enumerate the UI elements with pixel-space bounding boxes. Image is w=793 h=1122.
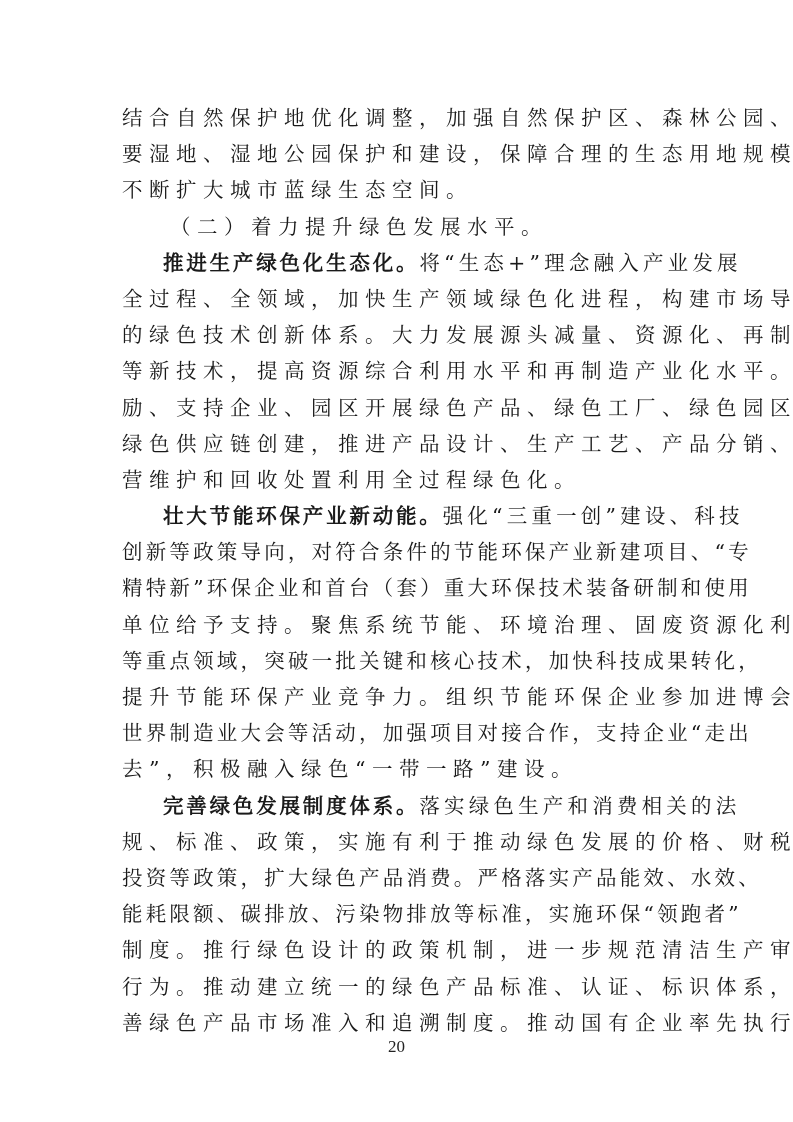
text-line: 精特新”环保企业和首台（套）重大环保技术装备研制和使用 <box>122 570 674 606</box>
document-page: 结合自然保护地优化调整，加强自然保护区、森林公园、重 要湿地、湿地公园保护和建设… <box>0 0 793 1122</box>
text-line: 励、支持企业、园区开展绿色产品、绿色工厂、绿色园区、 <box>122 390 674 426</box>
text-line: 绿色供应链创建，推进产品设计、生产工艺、产品分销、运 <box>122 426 674 462</box>
text-line: 世界制造业大会等活动，加强项目对接合作，支持企业“走出 <box>122 715 674 751</box>
page-number: 20 <box>0 1037 793 1057</box>
body-text: 结合自然保护地优化调整，加强自然保护区、森林公园、重 要湿地、湿地公园保护和建设… <box>122 100 674 1041</box>
text-line: 投资等政策，扩大绿色产品消费。严格落实产品能效、水效、 <box>122 860 674 896</box>
text-line: 单位给予支持。聚焦系统节能、环境治理、固废资源化利用 <box>122 607 674 643</box>
text-line: 不断扩大城市蓝绿生态空间。 <box>122 172 674 208</box>
paragraph-text: 强化“三重一创”建设、科技 <box>443 504 744 528</box>
paragraph-text: 将“生态+”理念融入产业发展 <box>419 251 741 275</box>
paragraph-lead: 推进生产绿色化生态化。 <box>163 251 419 275</box>
text-line: 规、标准、政策，实施有利于推动绿色发展的价格、财税、 <box>122 824 674 860</box>
text-line: 去”，积极融入绿色“一带一路”建设。 <box>122 751 674 787</box>
text-line: 等重点领域，突破一批关键和核心技术，加快科技成果转化， <box>122 643 674 679</box>
text-line: 的绿色技术创新体系。大力发展源头减量、资源化、再制造 <box>122 317 674 353</box>
section-heading: （二）着力提升绿色发展水平。 <box>122 209 674 245</box>
paragraph-start: 完善绿色发展制度体系。落实绿色生产和消费相关的法 <box>122 788 674 824</box>
text-line: 提升节能环保产业竞争力。组织节能环保企业参加进博会、 <box>122 679 674 715</box>
paragraph-text: 落实绿色生产和消费相关的法 <box>419 794 740 818</box>
text-line: 要湿地、湿地公园保护和建设，保障合理的生态用地规模， <box>122 136 674 172</box>
paragraph-start: 推进生产绿色化生态化。将“生态+”理念融入产业发展 <box>122 245 674 281</box>
text-line: 善绿色产品市场准入和追溯制度。推动国有企业率先执行企 <box>122 1005 674 1041</box>
text-line: 制度。推行绿色设计的政策机制，进一步规范清洁生产审核 <box>122 932 674 968</box>
text-line: 行为。推动建立统一的绿色产品标准、认证、标识体系，完 <box>122 969 674 1005</box>
text-line: 结合自然保护地优化调整，加强自然保护区、森林公园、重 <box>122 100 674 136</box>
text-line: 等新技术，提高资源综合利用水平和再制造产业化水平。鼓 <box>122 353 674 389</box>
text-line: 全过程、全领域，加快生产领域绿色化进程，构建市场导向 <box>122 281 674 317</box>
text-line: 创新等政策导向，对符合条件的节能环保产业新建项目、“专 <box>122 534 674 570</box>
text-line: 营维护和回收处置利用全过程绿色化。 <box>122 462 674 498</box>
paragraph-start: 壮大节能环保产业新动能。强化“三重一创”建设、科技 <box>122 498 674 534</box>
paragraph-lead: 壮大节能环保产业新动能。 <box>163 504 443 528</box>
text-line: 能耗限额、碳排放、污染物排放等标准，实施环保“领跑者” <box>122 896 674 932</box>
paragraph-lead: 完善绿色发展制度体系。 <box>163 794 419 818</box>
